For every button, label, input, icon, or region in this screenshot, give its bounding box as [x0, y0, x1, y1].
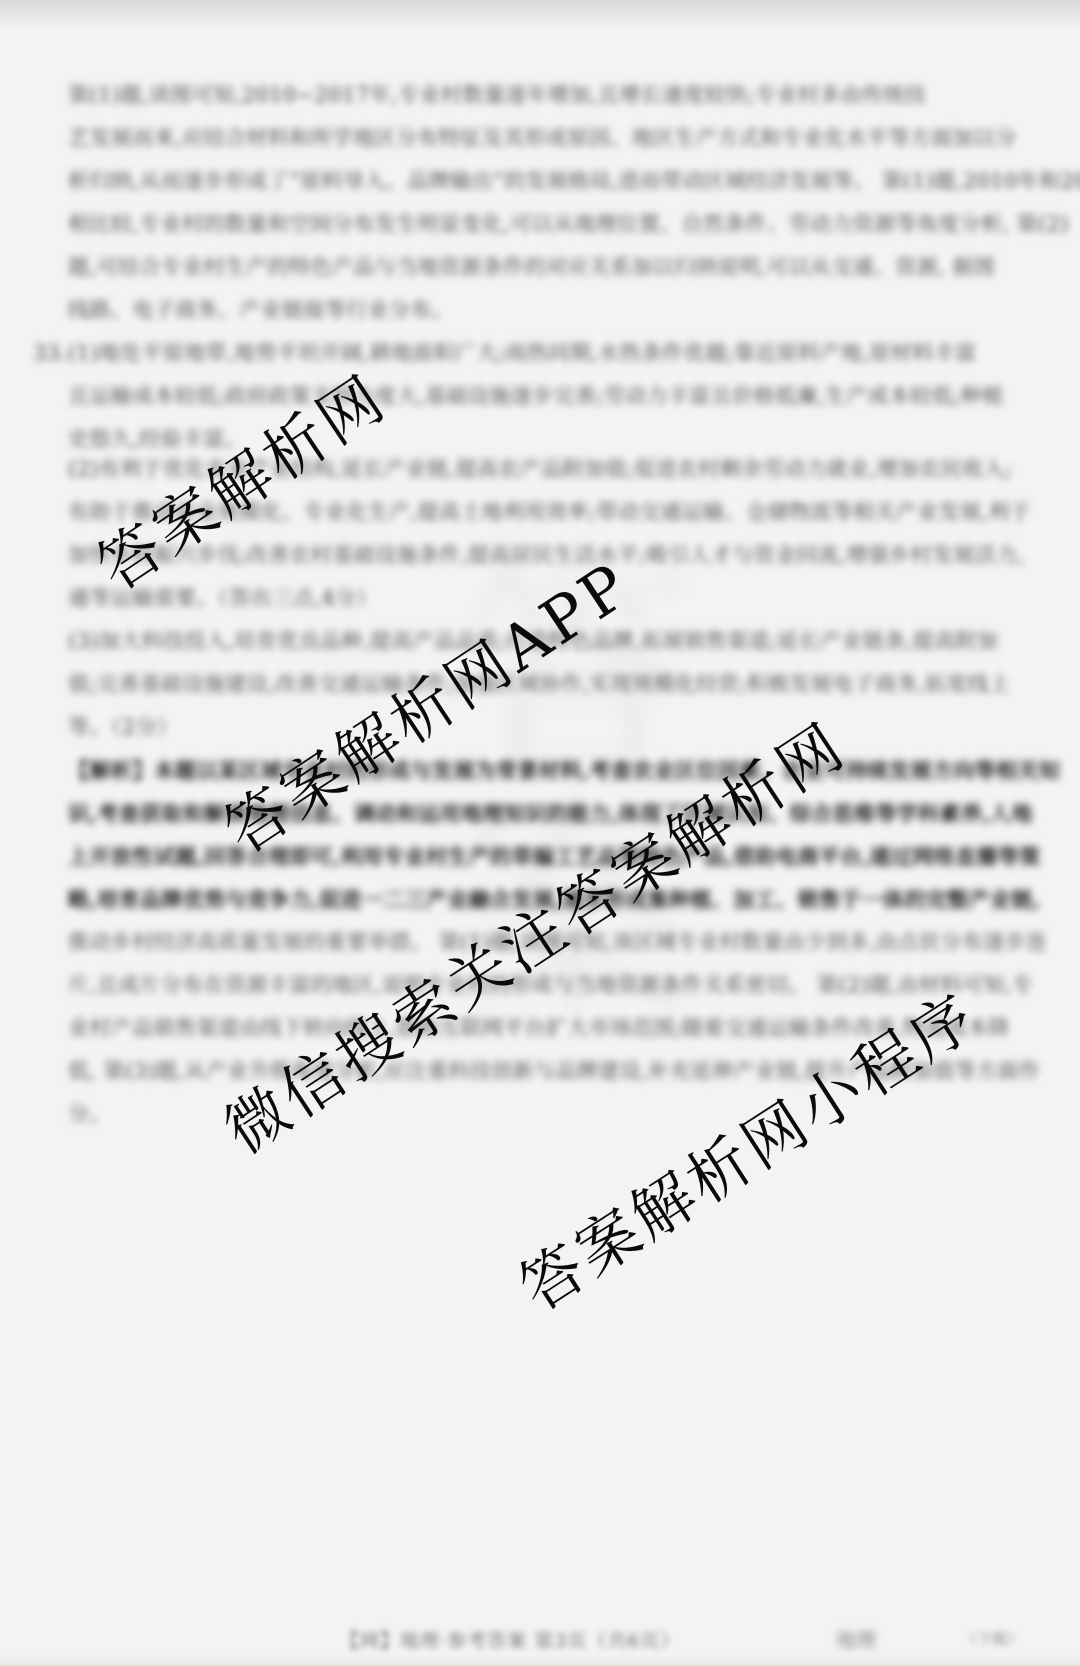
document-line: 第(1)题,读图可知,2010~2017年,专业村数量逐年增加,且增长速度较快;…: [68, 84, 926, 107]
document-line: 且运输成本较低;政府政策支持力度大,基础设施逐步完善;劳动力丰富且价格低廉,生产…: [68, 385, 1003, 408]
document-line: 题,可结合专业村生产的特色产品与当地资源条件的对应关系加以归纳说明,可以从交通、…: [68, 256, 995, 279]
document-line: 上开放性试题,回答合理即可,利用专业村生产的草编工艺品等特色产品,借助电商平台,…: [68, 845, 1040, 868]
footer-subject-badge: 地理: [836, 1624, 876, 1653]
page-bottom-shadow: [0, 1654, 1080, 1666]
document-line: 【解析】本题以某区域专业村的形成与发展为背景材料,考查农业区位因素、农业可持续发…: [68, 759, 1060, 782]
footer-right-note: （下载）: [962, 1628, 1022, 1649]
answer-sheet-page: { "colors": { "page_bg": "#f3f3f2", "bod…: [0, 0, 1080, 1666]
document-line: 分。: [68, 1103, 111, 1126]
footer-page-caption: 【网】地理·参考答案 第3页（共6页）: [340, 1626, 750, 1653]
document-line: 33.(1)地处平原地带,地势平坦开阔,耕地面积广大;雨热同期,水热条件优越;靠…: [33, 342, 976, 365]
document-line: 线路、电子商务、产业链接等行业分布。: [68, 299, 453, 322]
document-line: 等。（2分）: [68, 716, 178, 739]
document-line: 片,且成片分布在资源丰富的地区,说明专业村的形成与当地资源条件关系密切。 第(2…: [68, 974, 1033, 997]
page-top-shadow: [0, 0, 1080, 30]
document-line: 艺发展而来,应结合材料和所学地区分布特征及其形成原因、地区生产方式和专业化水平等…: [68, 127, 1017, 150]
document-line: 相比较,专业村的数量和空间分布发生明显变化,可以从地理位置、自然条件、劳动力资源…: [68, 213, 1069, 236]
document-line: 析归纳,从而逐步形成了“原料导入、品牌输出”的发展格局,进而带动区域经济发展等。…: [68, 170, 1080, 193]
